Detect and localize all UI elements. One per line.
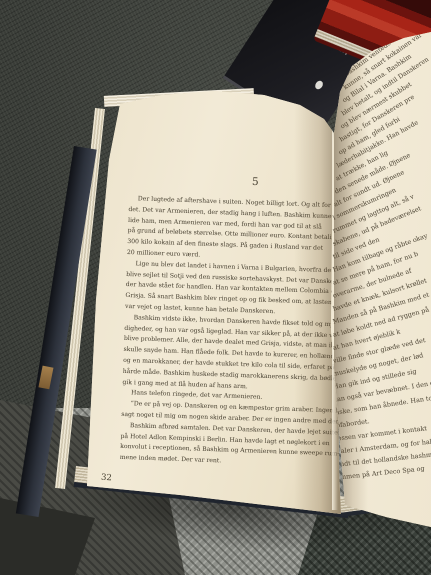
page-number: 32 bbox=[101, 473, 112, 484]
chapter-number: 5 bbox=[252, 176, 259, 188]
photo-of-open-book: NAVE 5 Der lugtede af aftershave i suite… bbox=[0, 0, 431, 575]
cover-sticker bbox=[38, 366, 53, 390]
publisher-logo-icon bbox=[314, 79, 325, 90]
